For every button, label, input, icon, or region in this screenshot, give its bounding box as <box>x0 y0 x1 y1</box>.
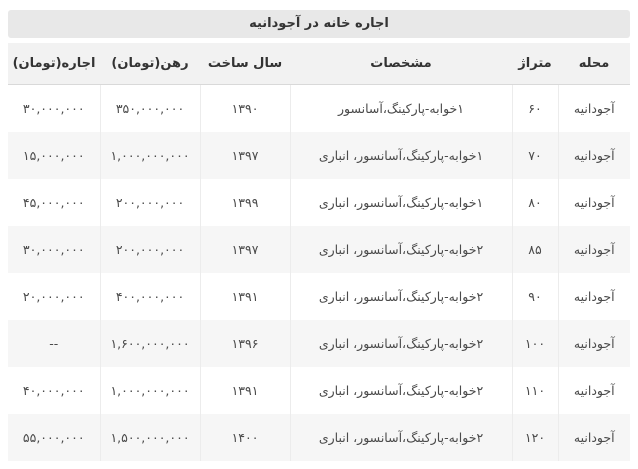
table-row: آجودانیه ۷۰ ۱خوابه-پارکینگ،آسانسور، انبا… <box>8 132 630 179</box>
table-row: آجودانیه ۱۱۰ ۲خوابه-پارکینگ،آسانسور، انب… <box>8 367 630 414</box>
cell-rent: ۳۰,۰۰۰,۰۰۰ <box>8 226 100 273</box>
table-header: محله متراژ مشخصات سال ساخت رهن(تومان) اج… <box>8 43 630 85</box>
cell-neighborhood: آجودانیه <box>558 132 630 179</box>
cell-specs: ۲خوابه-پارکینگ،آسانسور، انباری <box>290 320 512 367</box>
cell-year: ۱۳۹۶ <box>200 320 290 367</box>
cell-neighborhood: آجودانیه <box>558 226 630 273</box>
cell-year: ۱۴۰۰ <box>200 414 290 461</box>
table-row: آجودانیه ۸۰ ۱خوابه-پارکینگ،آسانسور، انبا… <box>8 179 630 226</box>
rental-listings-table: محله متراژ مشخصات سال ساخت رهن(تومان) اج… <box>8 43 630 461</box>
col-header-specs: مشخصات <box>290 43 512 85</box>
table-title: اجاره خانه در آجودانیه <box>8 10 630 38</box>
cell-specs: ۲خوابه-پارکینگ،آسانسور، انباری <box>290 226 512 273</box>
table-body: آجودانیه ۶۰ ۱خوابه-پارکینگ،آسانسور ۱۳۹۰ … <box>8 85 630 462</box>
cell-rent: ۱۵,۰۰۰,۰۰۰ <box>8 132 100 179</box>
cell-deposit: ۴۰۰,۰۰۰,۰۰۰ <box>100 273 200 320</box>
col-header-rent: اجاره(تومان) <box>8 43 100 85</box>
cell-area: ۱۲۰ <box>512 414 558 461</box>
col-header-year: سال ساخت <box>200 43 290 85</box>
table-row: آجودانیه ۱۲۰ ۲خوابه-پارکینگ،آسانسور، انب… <box>8 414 630 461</box>
cell-year: ۱۳۹۱ <box>200 273 290 320</box>
table-row: آجودانیه ۸۵ ۲خوابه-پارکینگ،آسانسور، انبا… <box>8 226 630 273</box>
cell-area: ۱۱۰ <box>512 367 558 414</box>
cell-neighborhood: آجودانیه <box>558 273 630 320</box>
cell-rent: ۳۰,۰۰۰,۰۰۰ <box>8 85 100 133</box>
cell-specs: ۱خوابه-پارکینگ،آسانسور، انباری <box>290 179 512 226</box>
cell-area: ۱۰۰ <box>512 320 558 367</box>
cell-area: ۸۰ <box>512 179 558 226</box>
cell-neighborhood: آجودانیه <box>558 85 630 133</box>
cell-neighborhood: آجودانیه <box>558 414 630 461</box>
cell-year: ۱۳۹۱ <box>200 367 290 414</box>
col-header-neighborhood: محله <box>558 43 630 85</box>
cell-specs: ۲خوابه-پارکینگ،آسانسور، انباری <box>290 273 512 320</box>
cell-neighborhood: آجودانیه <box>558 179 630 226</box>
header-row: محله متراژ مشخصات سال ساخت رهن(تومان) اج… <box>8 43 630 85</box>
cell-rent: ۵۵,۰۰۰,۰۰۰ <box>8 414 100 461</box>
cell-rent: ۴۰,۰۰۰,۰۰۰ <box>8 367 100 414</box>
cell-rent: ۲۰,۰۰۰,۰۰۰ <box>8 273 100 320</box>
cell-area: ۷۰ <box>512 132 558 179</box>
col-header-deposit: رهن(تومان) <box>100 43 200 85</box>
table-row: آجودانیه ۹۰ ۲خوابه-پارکینگ،آسانسور، انبا… <box>8 273 630 320</box>
cell-deposit: ۱,۰۰۰,۰۰۰,۰۰۰ <box>100 367 200 414</box>
cell-deposit: ۱,۵۰۰,۰۰۰,۰۰۰ <box>100 414 200 461</box>
col-header-area: متراژ <box>512 43 558 85</box>
cell-specs: ۱خوابه-پارکینگ،آسانسور، انباری <box>290 132 512 179</box>
cell-deposit: ۳۵۰,۰۰۰,۰۰۰ <box>100 85 200 133</box>
cell-deposit: ۱,۶۰۰,۰۰۰,۰۰۰ <box>100 320 200 367</box>
cell-deposit: ۲۰۰,۰۰۰,۰۰۰ <box>100 226 200 273</box>
cell-year: ۱۳۹۹ <box>200 179 290 226</box>
page: اجاره خانه در آجودانیه محله متراژ مشخصات… <box>0 0 638 461</box>
cell-neighborhood: آجودانیه <box>558 320 630 367</box>
cell-specs: ۱خوابه-پارکینگ،آسانسور <box>290 85 512 133</box>
cell-specs: ۲خوابه-پارکینگ،آسانسور، انباری <box>290 367 512 414</box>
cell-year: ۱۳۹۷ <box>200 226 290 273</box>
table-row: آجودانیه ۱۰۰ ۲خوابه-پارکینگ،آسانسور، انب… <box>8 320 630 367</box>
cell-rent: -- <box>8 320 100 367</box>
cell-rent: ۴۵,۰۰۰,۰۰۰ <box>8 179 100 226</box>
cell-year: ۱۳۹۷ <box>200 132 290 179</box>
cell-deposit: ۱,۰۰۰,۰۰۰,۰۰۰ <box>100 132 200 179</box>
cell-specs: ۲خوابه-پارکینگ،آسانسور، انباری <box>290 414 512 461</box>
cell-year: ۱۳۹۰ <box>200 85 290 133</box>
cell-area: ۹۰ <box>512 273 558 320</box>
cell-area: ۸۵ <box>512 226 558 273</box>
cell-area: ۶۰ <box>512 85 558 133</box>
cell-neighborhood: آجودانیه <box>558 367 630 414</box>
table-row: آجودانیه ۶۰ ۱خوابه-پارکینگ،آسانسور ۱۳۹۰ … <box>8 85 630 133</box>
cell-deposit: ۲۰۰,۰۰۰,۰۰۰ <box>100 179 200 226</box>
